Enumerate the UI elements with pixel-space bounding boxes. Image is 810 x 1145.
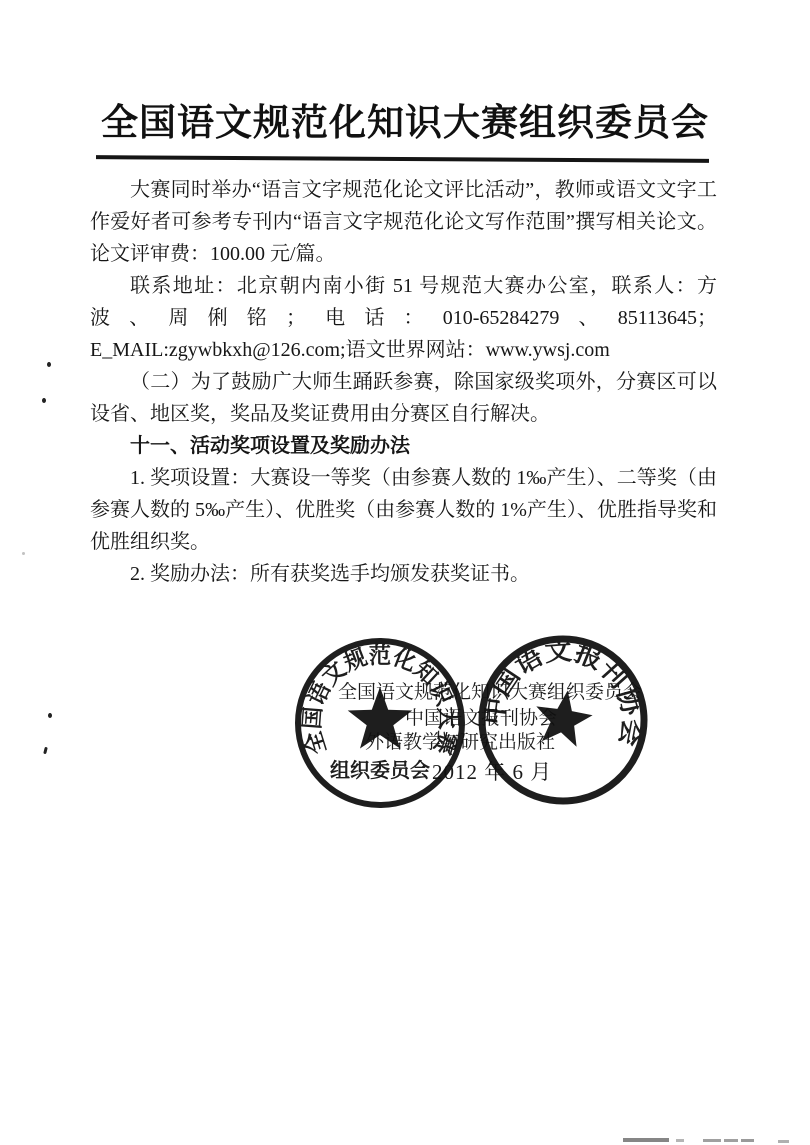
seal-bottom-text: 组织委员会: [330, 758, 430, 782]
paragraph-award-setup: 1. 奖项设置：大赛设一等奖（由参赛人数的 1‰产生）、二等奖（由参赛人数的 5…: [90, 462, 717, 558]
scan-cutoff-mark: [703, 1139, 721, 1142]
title-underline: [96, 155, 709, 163]
paragraph-essay-activity: 大赛同时举办“语言文字规范化论文评比活动”，教师或语文文字工作爱好者可参考专刊内…: [90, 174, 717, 270]
scan-cutoff-mark: [778, 1140, 789, 1143]
scan-speck: [43, 747, 48, 755]
scan-speck: [47, 362, 51, 367]
paragraph-regional-awards: （二）为了鼓励广大师生踊跃参赛，除国家级奖项外，分赛区可以设省、地区奖，奖品及奖…: [90, 366, 717, 430]
star-icon: [348, 687, 413, 749]
paragraph-award-method: 2. 奖励办法：所有获奖选手均颁发获奖证书。: [90, 558, 717, 590]
scan-speck: [22, 552, 25, 555]
scan-cutoff-mark: [724, 1139, 738, 1142]
seal-press-association: 中国语文报刊协会: [465, 622, 662, 819]
document-body: 大赛同时举办“语言文字规范化论文评比活动”，教师或语文文字工作爱好者可参考专刊内…: [90, 174, 717, 590]
document-title: 全国语文规范化知识大赛组织委员会: [0, 92, 810, 146]
scanned-document-page: 全国语文规范化知识大赛组织委员会 大赛同时举办“语言文字规范化论文评比活动”，教…: [0, 0, 810, 1145]
seal-organizing-committee: 全国语文规范化知识大赛 组织委员会: [292, 635, 468, 811]
scan-speck: [48, 713, 52, 718]
scan-cutoff-mark: [676, 1139, 684, 1142]
section-heading-awards: 十一、活动奖项设置及奖励办法: [90, 430, 717, 462]
star-icon: [531, 686, 596, 749]
scan-speck: [42, 398, 46, 403]
scan-cutoff-mark: [623, 1138, 669, 1142]
scan-cutoff-mark: [741, 1139, 754, 1142]
paragraph-contact-info: 联系地址：北京朝内南小街 51 号规范大赛办公室，联系人：方波、周俐铭；电话：0…: [90, 270, 717, 366]
